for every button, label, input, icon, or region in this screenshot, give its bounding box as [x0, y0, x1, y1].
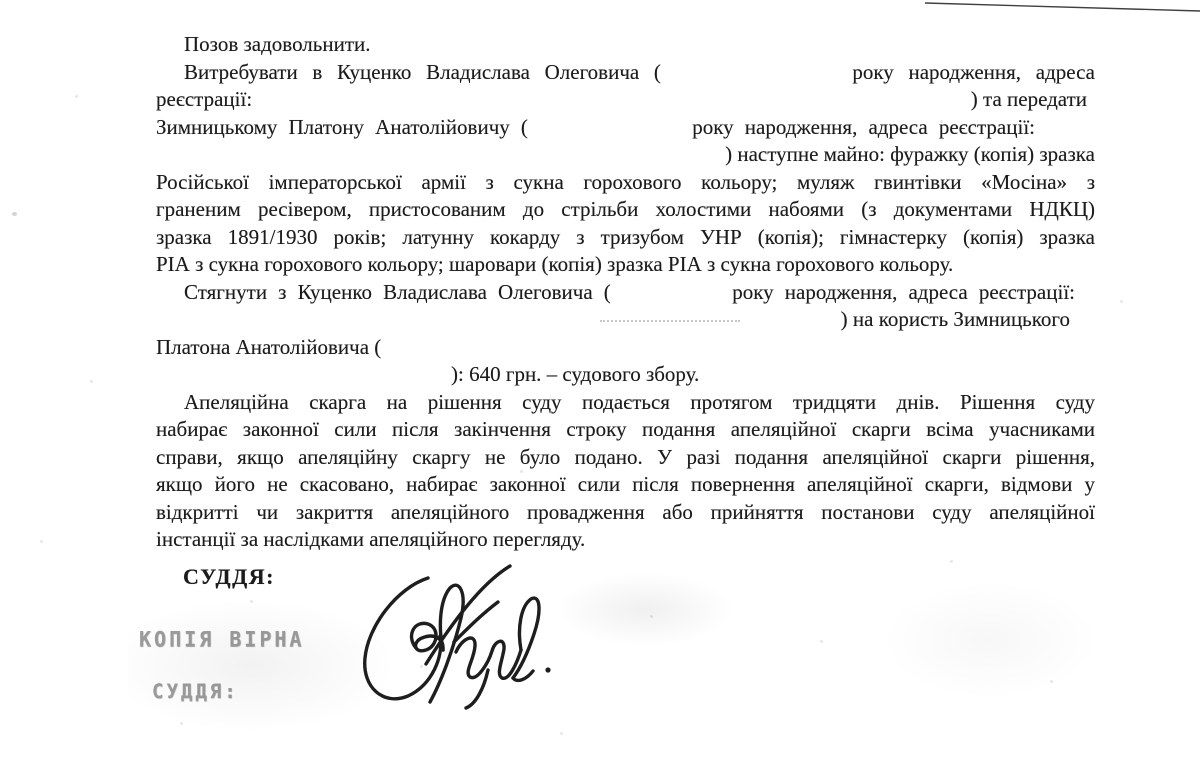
doc-line-text: Платона Анатолійовича (	[156, 335, 381, 359]
doc-line: якщо його не скасовано, набирає законної…	[156, 471, 1095, 499]
doc-line: зразка 1891/1930 років; латунну кокарду …	[156, 224, 1095, 252]
scan-speck	[420, 665, 423, 668]
judge-label: СУДДЯ:	[183, 564, 275, 590]
scanned-court-document-page: Позов задовольнити. Витребувати в Куценк…	[0, 0, 1200, 778]
doc-line-text: зразка 1891/1930 років; латунну кокарду …	[156, 225, 1095, 249]
judge-stamp: СУДДЯ:	[152, 680, 239, 703]
scan-smudge	[555, 572, 735, 647]
scan-speck	[300, 45, 303, 48]
doc-line: Апеляційна скарга на рішення суду подаєт…	[156, 389, 1095, 417]
doc-line-text: РІА з сукна горохового кольору; шаровари…	[156, 252, 953, 276]
scan-speck	[820, 640, 823, 643]
scan-speck	[1120, 300, 1123, 303]
doc-line-text: інстанції за наслідками апеляційного пер…	[156, 527, 585, 551]
doc-line-text: ) та передати	[971, 86, 1087, 114]
doc-line: ): 640 грн. – судового збору.	[156, 361, 1095, 389]
doc-line: відкритті чи закриття апеляційного прова…	[156, 499, 1095, 527]
redaction-dotted-line	[600, 317, 740, 322]
handwritten-signature-icon	[340, 550, 580, 720]
scan-speck	[250, 600, 253, 603]
scan-speck	[520, 470, 523, 473]
doc-line-text: реєстрації:	[156, 86, 252, 114]
doc-line: Позов задовольнити.	[156, 31, 1095, 59]
scan-speck	[560, 732, 563, 735]
copy-true-stamp: КОПІЯ ВІРНА	[139, 626, 304, 652]
scan-speck	[40, 540, 43, 543]
scan-speck	[940, 120, 943, 123]
doc-line: Стягнути з Куценко Владислава Олеговича …	[156, 279, 1095, 307]
doc-line: інстанції за наслідками апеляційного пер…	[156, 526, 1095, 554]
scan-speck	[180, 722, 183, 725]
scan-line-artifact	[0, 0, 1200, 20]
doc-line-text: року народження, адреса	[852, 59, 1095, 87]
doc-line-text: Витребувати в Куценко Владислава Олегови…	[156, 59, 661, 87]
scan-smudge	[880, 580, 1100, 700]
doc-line-text: Позов задовольнити.	[184, 32, 371, 56]
doc-line: ) наступне майно: фуражку (копія) зразка	[156, 141, 1095, 169]
doc-line: Витребувати в Куценко Владислава Олегови…	[156, 59, 1095, 87]
doc-line: реєстрації:) та передати	[156, 86, 1095, 114]
scan-speck	[1050, 680, 1053, 683]
scan-speck	[650, 615, 653, 618]
doc-line: Російської імператорської армії з сукна …	[156, 169, 1095, 197]
doc-line-text: Зимницькому Платону Анатолійовичу (	[156, 114, 528, 142]
doc-line: РІА з сукна горохового кольору; шаровари…	[156, 251, 1095, 279]
doc-line-text: року народження, адреса реєстрації:	[692, 114, 1035, 142]
doc-line-text: відкритті чи закриття апеляційного прова…	[156, 500, 1095, 524]
doc-line-text: ): 640 грн. – судового збору.	[451, 362, 699, 386]
doc-line: справи, якщо апеляційну скаргу не було п…	[156, 444, 1095, 472]
doc-line-text: Апеляційна скарга на рішення суду подаєт…	[184, 390, 1095, 414]
doc-line: набирає законної сили після закінчення с…	[156, 416, 1095, 444]
judgment-text-block: Позов задовольнити. Витребувати в Куценк…	[156, 31, 1095, 554]
scan-speck	[950, 560, 953, 563]
doc-line-text: якщо його не скасовано, набирає законної…	[156, 472, 1095, 496]
scan-speck	[12, 212, 17, 216]
doc-line-text: ) на користь Зимницького	[841, 307, 1070, 331]
doc-line-text: набирає законної сили після закінчення с…	[156, 417, 1095, 441]
doc-line: Платона Анатолійовича (	[156, 334, 1095, 362]
doc-line: граненим ресівером, пристосованим до стр…	[156, 196, 1095, 224]
doc-line: Зимницькому Платону Анатолійовичу (року …	[156, 114, 1095, 142]
doc-line-text: граненим ресівером, пристосованим до стр…	[156, 197, 1095, 221]
doc-line-text: Стягнути з Куценко Владислава Олеговича …	[156, 279, 611, 307]
scan-speck	[90, 380, 93, 383]
scan-speck	[75, 95, 78, 98]
doc-line-text: справи, якщо апеляційну скаргу не було п…	[156, 445, 1095, 469]
doc-line-text: року народження, адреса реєстрації:	[732, 279, 1075, 307]
doc-line-text: Російської імператорської армії з сукна …	[156, 170, 1095, 194]
doc-line-text: ) наступне майно: фуражку (копія) зразка	[725, 142, 1095, 166]
